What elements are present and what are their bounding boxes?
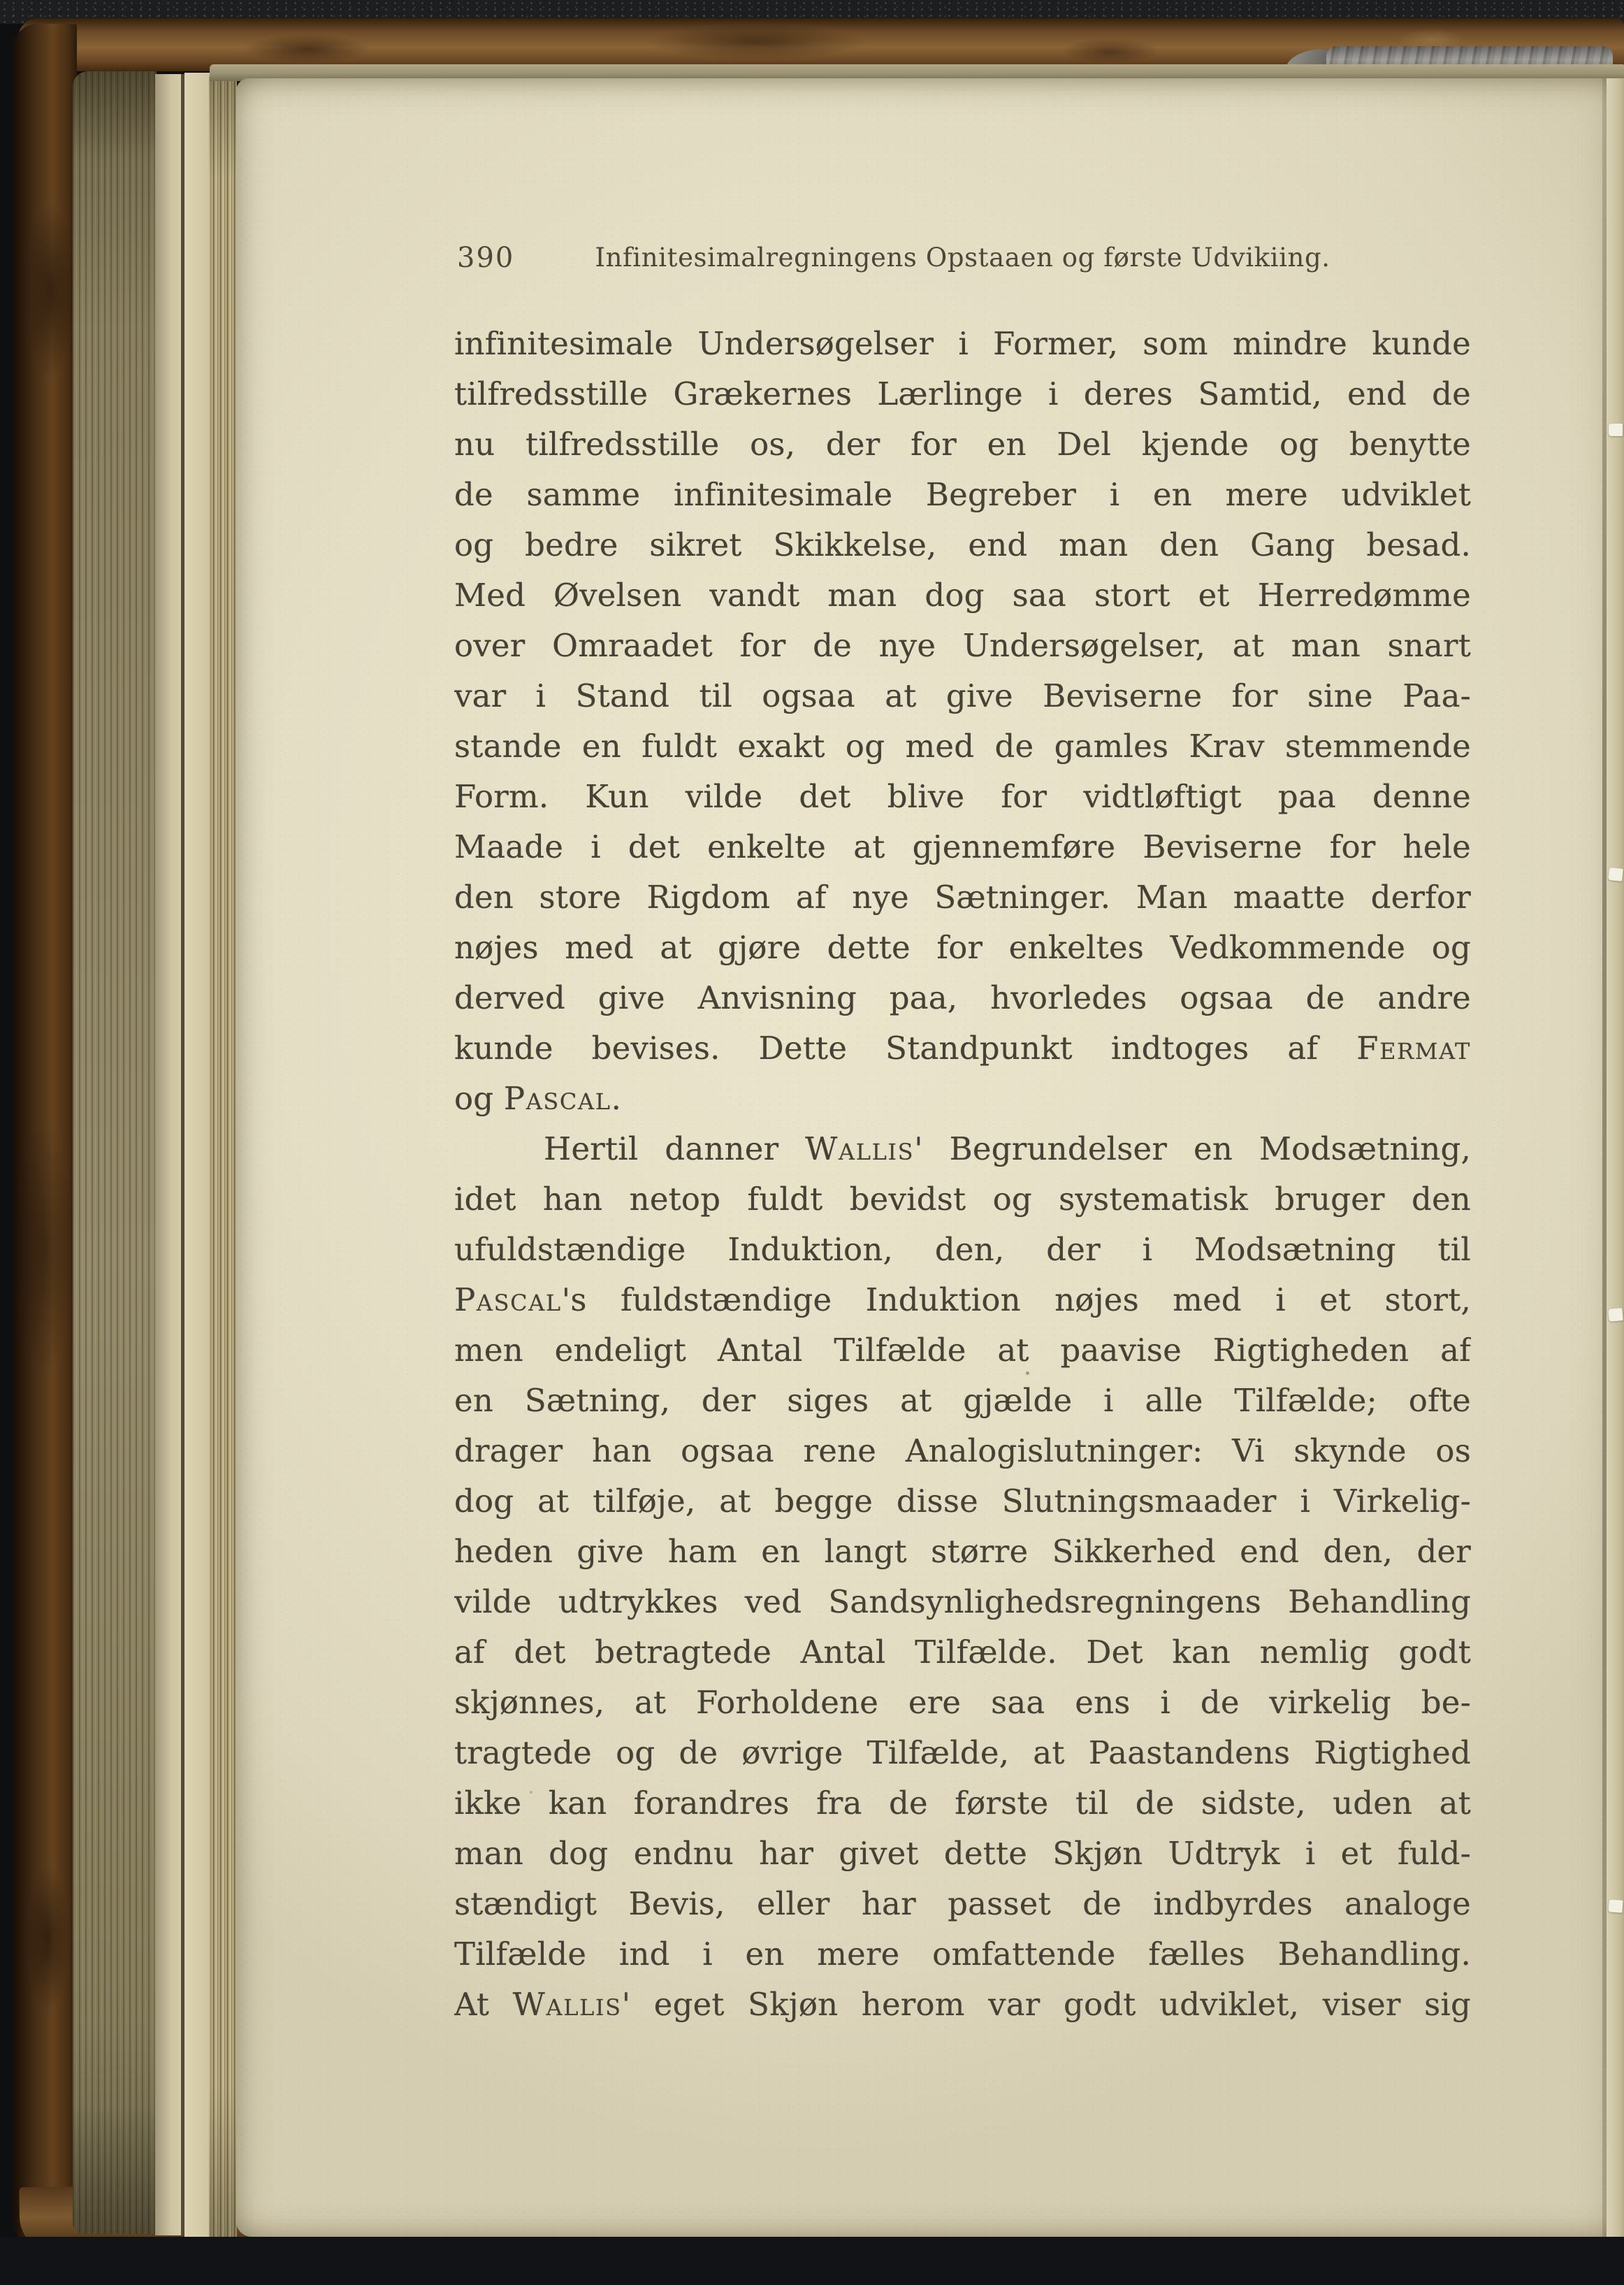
- running-header: Infinitesimalregningens Opstaaen og førs…: [454, 238, 1471, 278]
- page-stack-edge-cream2: [184, 73, 210, 2237]
- text-line: og bedre sikret Skikkelse, end man den G…: [454, 520, 1471, 570]
- body-text: infinitesimale Undersøgelser i Former, s…: [454, 319, 1471, 2030]
- book-scan: 390 Infinitesimalregningens Opstaaen og …: [0, 0, 1624, 2285]
- book-page: 390 Infinitesimalregningens Opstaaen og …: [236, 78, 1624, 2237]
- text-line: Tilfælde ind i en mere omfattende fælles…: [454, 1929, 1471, 1980]
- text-line: nu tilfredsstille os, der for en Del kje…: [454, 419, 1471, 470]
- text-line: Form. Kun vilde det blive for vidtløftig…: [454, 772, 1471, 822]
- text-line: tragtede og de øvrige Tilfælde, at Paast…: [454, 1728, 1471, 1778]
- scanner-background-bottom: [0, 2237, 1624, 2285]
- text-line: skjønnes, at Forholdene ere saa ens i de…: [454, 1678, 1471, 1728]
- text-line: Pascal's fuldstændige Induktion nøjes me…: [454, 1275, 1471, 1325]
- text-line: de samme infinitesimale Begreber i en me…: [454, 470, 1471, 520]
- text-line: tilfredsstille Grækernes Lærlinge i dere…: [454, 369, 1471, 419]
- text-line: man dog endnu har givet dette Skjøn Udtr…: [454, 1829, 1471, 1879]
- text-line: Med Øvelsen vandt man dog saa stort et H…: [454, 570, 1471, 621]
- text-line: ikke kan forandres fra de første til de …: [454, 1778, 1471, 1829]
- text-line: over Omraadet for de nye Undersøgelser, …: [454, 621, 1471, 671]
- text-line: derved give Anvisning paa, hvorledes ogs…: [454, 973, 1471, 1023]
- fore-edge-highlight: [1608, 1899, 1623, 1912]
- text-line: en Sætning, der siges at gjælde i alle T…: [454, 1376, 1471, 1426]
- paper-speck: [1026, 1371, 1029, 1375]
- page-header: 390 Infinitesimalregningens Opstaaen og …: [454, 238, 1471, 278]
- text-line: Hertil danner Wallis' Begrundelser en Mo…: [454, 1124, 1471, 1174]
- text-line: kunde bevises. Dette Standpunkt indtoges…: [454, 1023, 1471, 1074]
- text-line: heden give ham en langt større Sikkerhed…: [454, 1527, 1471, 1577]
- paper-speck: [530, 1791, 532, 1794]
- text-line: vilde udtrykkes ved Sandsynlighedsregnin…: [454, 1577, 1471, 1627]
- text-line: At Wallis' eget Skjøn herom var godt udv…: [454, 1980, 1471, 2030]
- page-stack-edge-olive: [73, 71, 157, 2234]
- text-line: idet han netop fuldt bevidst og systemat…: [454, 1174, 1471, 1225]
- text-line: drager han ogsaa rene Analogislutninger:…: [454, 1426, 1471, 1476]
- text-line: dog at tilføje, at begge disse Slutnings…: [454, 1476, 1471, 1527]
- fore-edge-highlight: [1608, 867, 1623, 881]
- text-line: ufuldstændige Induktion, den, der i Mods…: [454, 1225, 1471, 1275]
- text-line: af det betragtede Antal Tilfælde. Det ka…: [454, 1627, 1471, 1678]
- text-line: infinitesimale Undersøgelser i Former, s…: [454, 319, 1471, 369]
- book-spine: [13, 24, 77, 2251]
- text-line: Maade i det enkelte at gjennemføre Bevis…: [454, 822, 1471, 872]
- text-line: nøjes med at gjøre dette for enkeltes Ve…: [454, 923, 1471, 973]
- text-line: stande en fuldt exakt og med de gamles K…: [454, 721, 1471, 772]
- page-stack-edge-gilt: [209, 71, 237, 2238]
- text-line: stændigt Bevis, eller har passet de indb…: [454, 1879, 1471, 1929]
- fore-edge-highlight: [1609, 424, 1623, 436]
- fore-edge-highlight: [1608, 1308, 1623, 1322]
- page-stack-edge-cream: [155, 74, 182, 2235]
- text-line: var i Stand til ogsaa at give Beviserne …: [454, 671, 1471, 721]
- page-right-under-edge: [1607, 78, 1624, 2237]
- text-line: men endeligt Antal Tilfælde at paavise R…: [454, 1325, 1471, 1376]
- text-line: og Pascal.: [454, 1074, 1471, 1124]
- text-line: den store Rigdom af nye Sætninger. Man m…: [454, 872, 1471, 923]
